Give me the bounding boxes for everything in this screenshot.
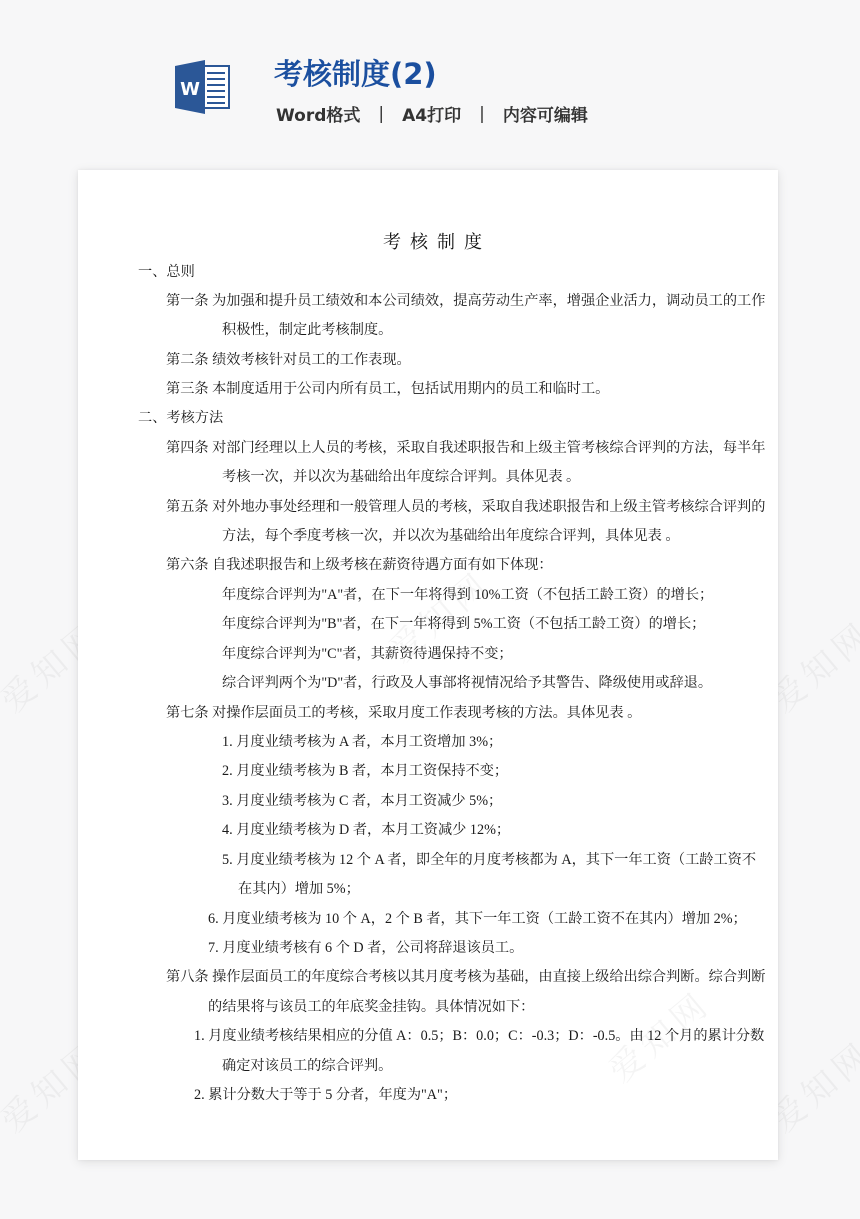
document-page: 爱知网 爱知网 考核制度 一、总则第一条 为加强和提升员工绩效和本公司绩效，提高… (78, 170, 778, 1160)
document-line: 二、考核方法 (138, 408, 223, 428)
meta-editable: 内容可编辑 (503, 101, 588, 126)
meta-separator: | (479, 104, 485, 124)
document-line: 1. 月度业绩考核为 A 者，本月工资增加 3%； (222, 732, 502, 752)
meta-print: A4打印 (402, 101, 461, 126)
document-meta: Word格式 | A4打印 | 内容可编辑 (276, 101, 588, 126)
document-line: 第一条 为加强和提升员工绩效和本公司绩效，提高劳动生产率，增强企业活力，调动员工… (166, 291, 765, 311)
document-line: 3. 月度业绩考核为 C 者，本月工资减少 5%； (222, 791, 502, 811)
document-line: 第六条 自我述职报告和上级考核在薪资待遇方面有如下体现： (166, 555, 553, 575)
page-heading: 考核制度 (78, 228, 778, 254)
document-line: 第八条 操作层面员工的年度综合考核以其月度考核为基础，由直接上级给出综合判断。综… (166, 967, 765, 987)
meta-format: Word格式 (276, 101, 360, 126)
document-line: 第二条 绩效考核针对员工的工作表现。 (166, 350, 411, 370)
document-line: 第五条 对外地办事处经理和一般管理人员的考核，采取自我述职报告和上级主管考核综合… (166, 497, 765, 517)
document-header: W 考核制度(2) Word格式 | A4打印 | 内容可编辑 (0, 0, 860, 160)
svg-text:W: W (180, 79, 200, 100)
document-line: 4. 月度业绩考核为 D 者，本月工资减少 12%； (222, 820, 510, 840)
document-line: 第三条 本制度适用于公司内所有员工，包括试用期内的员工和临时工。 (166, 379, 609, 399)
document-line: 在其内）增加 5%； (238, 879, 360, 899)
document-line: 2. 月度业绩考核为 B 者，本月工资保持不变； (222, 761, 508, 781)
document-line: 第四条 对部门经理以上人员的考核，采取自我述职报告和上级主管考核综合评判的方法，… (166, 438, 765, 458)
document-line: 年度综合评判为"C"者，其薪资待遇保持不变； (222, 644, 513, 664)
meta-separator: | (378, 104, 384, 124)
document-title: 考核制度(2) (274, 52, 437, 93)
document-line: 2. 累计分数大于等于 5 分者，年度为"A"； (194, 1085, 457, 1105)
document-line: 确定对该员工的综合评判。 (222, 1056, 392, 1076)
document-line: 6. 月度业绩考核为 10 个 A，2 个 B 者，其下一年工资（工龄工资不在其… (208, 909, 747, 929)
document-line: 考核一次，并以次为基础给出年度综合评判。具体见表 。 (222, 467, 580, 487)
document-line: 积极性，制定此考核制度。 (222, 320, 392, 340)
document-line: 1. 月度业绩考核结果相应的分值 A：0.5；B：0.0；C：-0.3；D：-0… (194, 1026, 764, 1046)
document-line: 第七条 对操作层面员工的考核，采取月度工作表现考核的方法。具体见表 。 (166, 703, 641, 723)
document-line: 5. 月度业绩考核为 12 个 A 者，即全年的月度考核都为 A，其下一年工资（… (222, 850, 756, 870)
document-line: 7. 月度业绩考核有 6 个 D 者，公司将辞退该员工。 (208, 938, 523, 958)
document-line: 年度综合评判为"A"者，在下一年将得到 10%工资（不包括工龄工资）的增长； (222, 585, 713, 605)
word-doc-icon: W (175, 60, 231, 114)
document-line: 综合评判两个为"D"者，行政及人事部将视情况给予其警告、降级使用或辞退。 (222, 673, 712, 693)
document-line: 的结果将与该员工的年底奖金挂钩。具体情况如下： (208, 997, 534, 1017)
document-line: 一、总则 (138, 262, 195, 282)
document-line: 方法，每个季度考核一次，并以次为基础给出年度综合评判，具体见表 。 (222, 526, 680, 546)
document-line: 年度综合评判为"B"者，在下一年将得到 5%工资（不包括工龄工资）的增长； (222, 614, 705, 634)
